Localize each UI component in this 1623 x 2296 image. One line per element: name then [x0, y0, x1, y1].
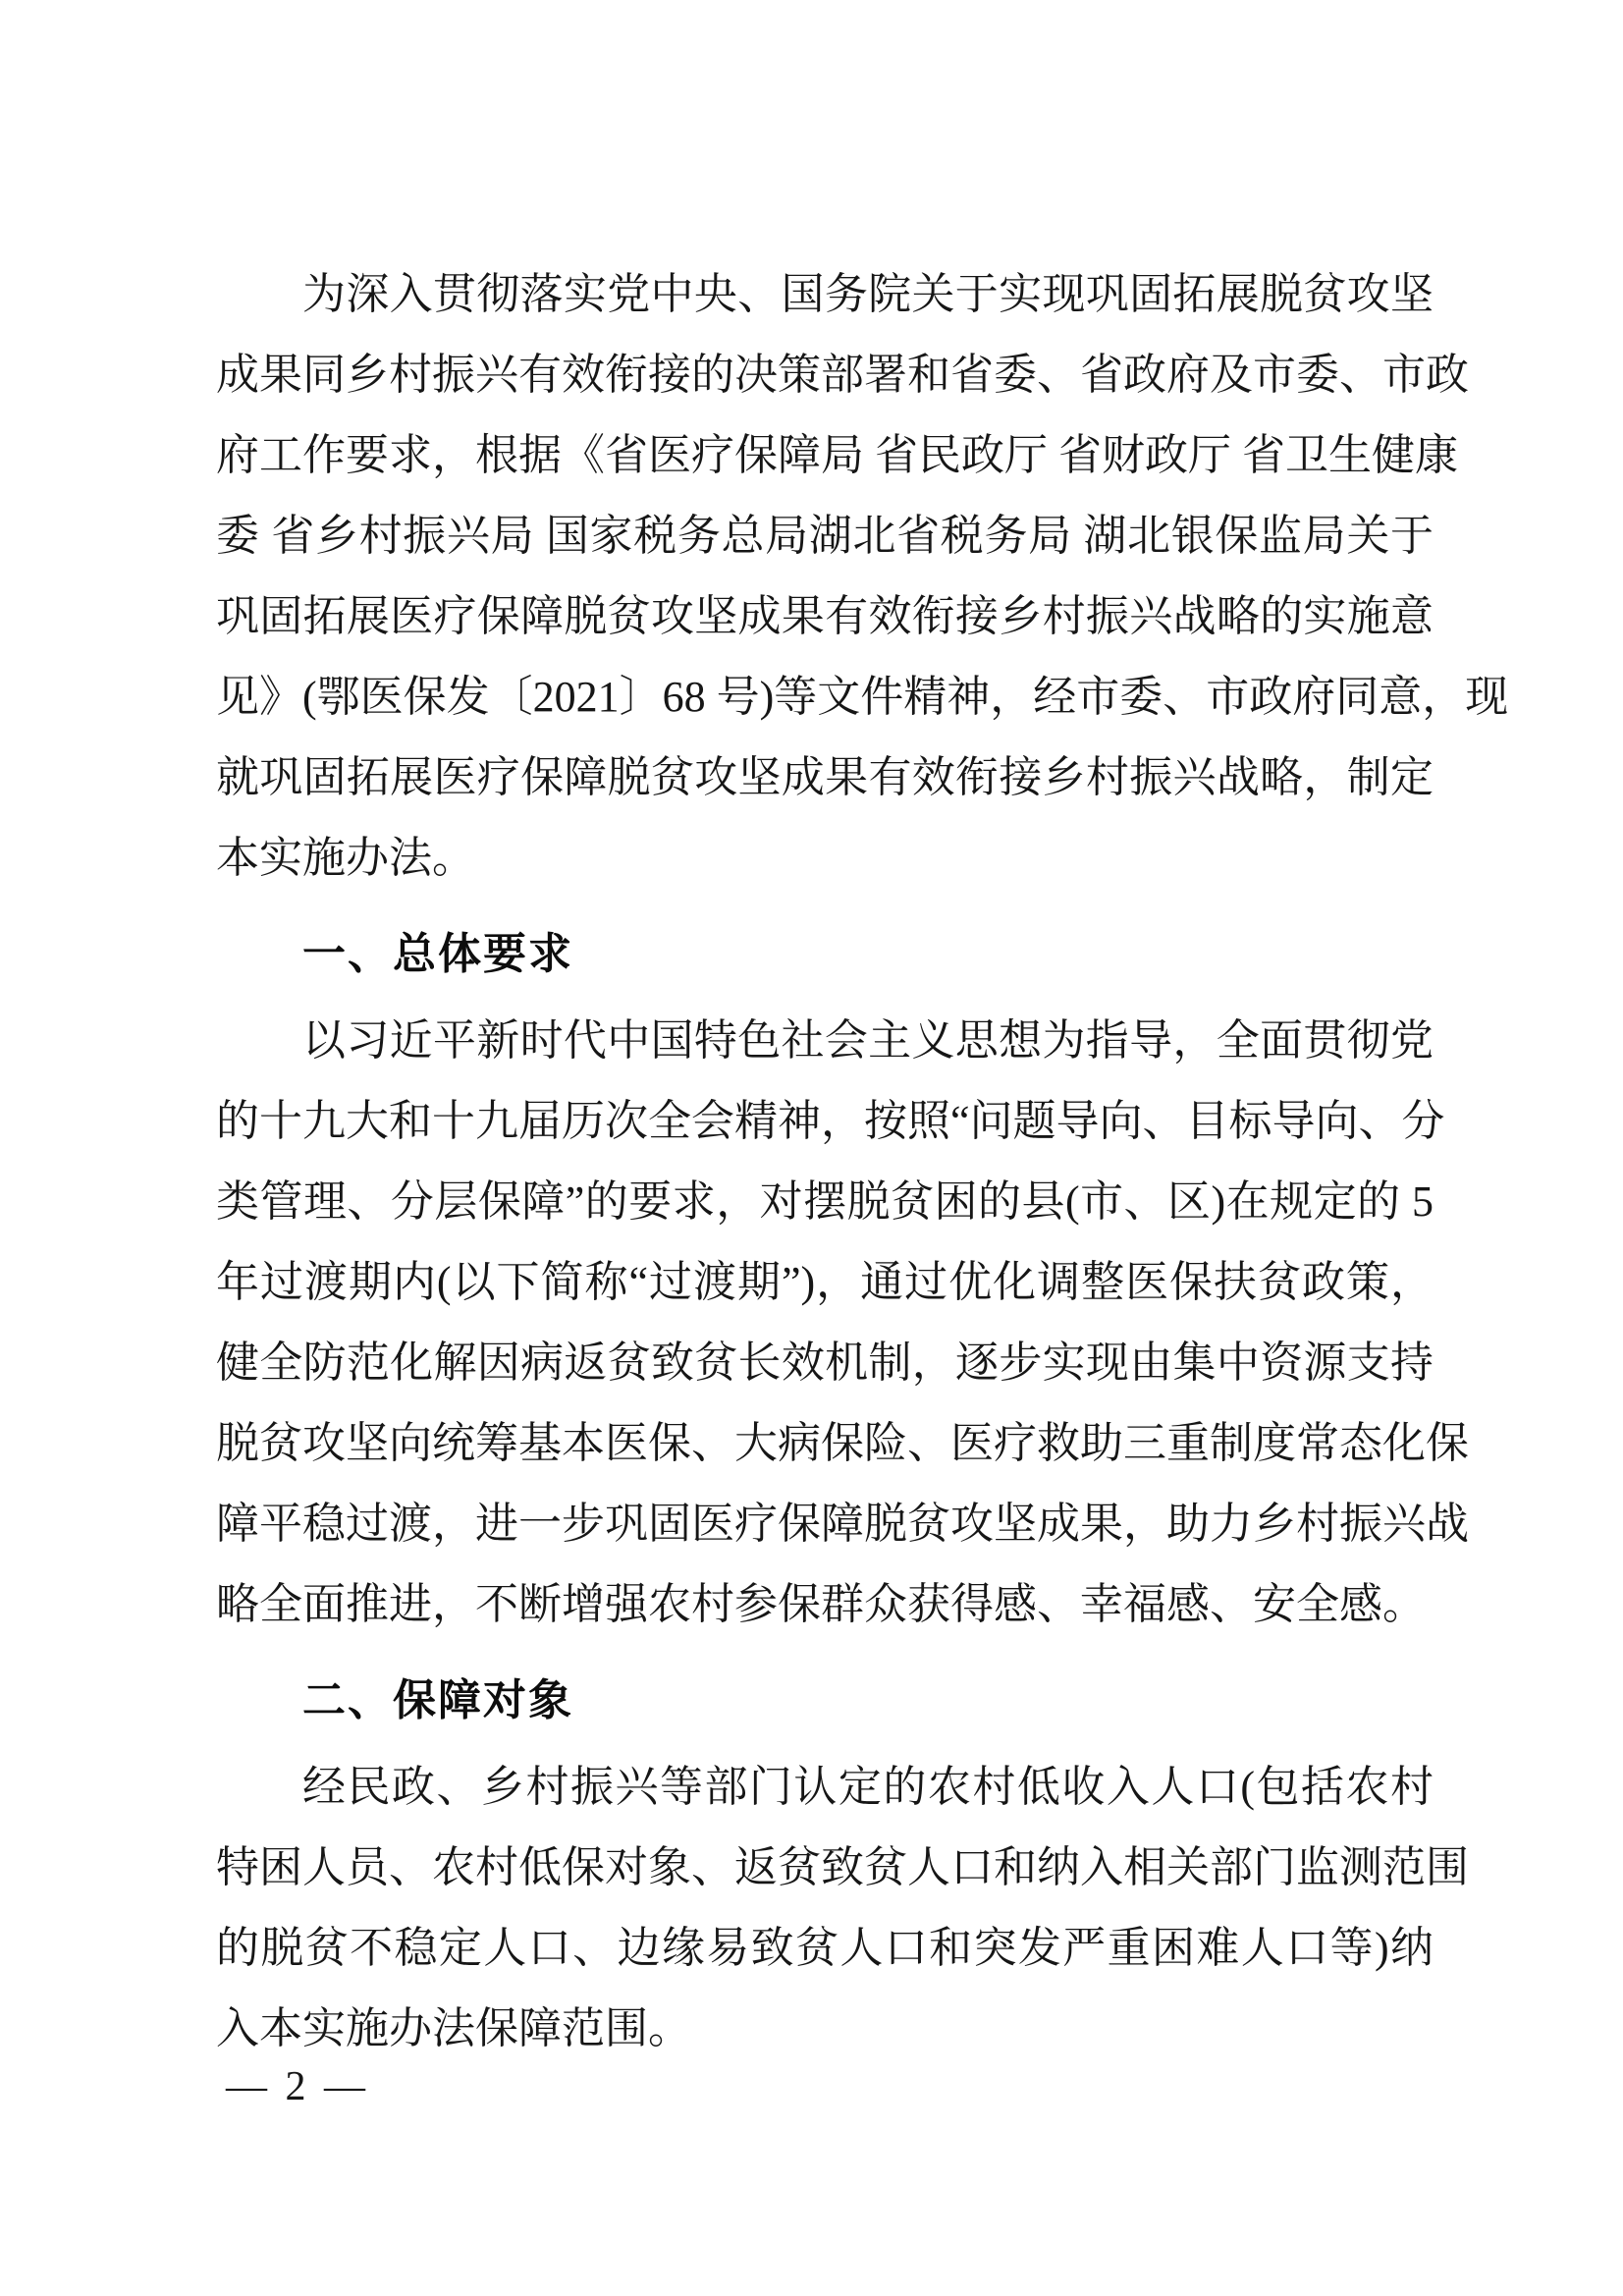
body-line: 健全防范化解因病返贫致贫长效机制，逐步实现由集中资源支持: [216, 1323, 1434, 1403]
paragraph-1: 为深入贯彻落实党中央、国务院关于实现巩固拓展脱贫攻坚 成果同乡村振兴有效衔接的决…: [216, 254, 1434, 899]
body-line: 就巩固拓展医疗保障脱贫攻坚成果有效衔接乡村振兴战略，制定: [216, 738, 1434, 818]
section-heading-1: 一、总体要求: [216, 914, 1434, 995]
body-line: 略全面推进，不断增强农村参保群众获得感、幸福感、安全感。: [216, 1564, 1434, 1645]
body-line: 成果同乡村振兴有效衔接的决策部署和省委、省政府及市委、市政: [216, 335, 1434, 415]
body-line: 脱贫攻坚向统筹基本医保、大病保险、医疗救助三重制度常态化保: [216, 1403, 1434, 1484]
body-line: 经民政、乡村振兴等部门认定的农村低收入人口(包括农村: [216, 1747, 1434, 1828]
body-line: 年过渡期内(以下简称“过渡期”)，通过优化调整医保扶贫政策，: [216, 1242, 1434, 1323]
body-line: 为深入贯彻落实党中央、国务院关于实现巩固拓展脱贫攻坚: [216, 254, 1434, 335]
body-line: 以习近平新时代中国特色社会主义思想为指导，全面贯彻党: [216, 1001, 1434, 1081]
body-line: 巩固拓展医疗保障脱贫攻坚成果有效衔接乡村振兴战略的实施意: [216, 576, 1434, 657]
body-line: 的脱贫不稳定人口、边缘易致贫人口和突发严重困难人口等)纳: [216, 1908, 1434, 1989]
body-line: 府工作要求，根据《省医疗保障局 省民政厅 省财政厅 省卫生健康: [216, 415, 1434, 496]
body-line: 障平稳过渡，进一步巩固医疗保障脱贫攻坚成果，助力乡村振兴战: [216, 1484, 1434, 1564]
document-page: 为深入贯彻落实党中央、国务院关于实现巩固拓展脱贫攻坚 成果同乡村振兴有效衔接的决…: [0, 0, 1623, 2296]
body-line: 本实施办法。: [216, 818, 1434, 899]
document-body: 为深入贯彻落实党中央、国务院关于实现巩固拓展脱贫攻坚 成果同乡村振兴有效衔接的决…: [216, 254, 1434, 2069]
paragraph-2: 以习近平新时代中国特色社会主义思想为指导，全面贯彻党 的十九大和十九届历次全会精…: [216, 1001, 1434, 1645]
body-line: 入本实施办法保障范围。: [216, 1989, 1434, 2069]
body-line: 委 省乡村振兴局 国家税务总局湖北省税务局 湖北银保监局关于: [216, 496, 1434, 576]
section-heading-2: 二、保障对象: [216, 1661, 1434, 1741]
body-line: 见》(鄂医保发〔2021〕68 号)等文件精神，经市委、市政府同意，现: [216, 657, 1434, 738]
page-number: — 2 —: [226, 2057, 369, 2116]
body-line: 的十九大和十九届历次全会精神，按照“问题导向、目标导向、分: [216, 1081, 1434, 1162]
body-line: 特困人员、农村低保对象、返贫致贫人口和纳入相关部门监测范围: [216, 1828, 1434, 1908]
body-line: 类管理、分层保障”的要求，对摆脱贫困的县(市、区)在规定的 5: [216, 1162, 1434, 1242]
paragraph-3: 经民政、乡村振兴等部门认定的农村低收入人口(包括农村 特困人员、农村低保对象、返…: [216, 1747, 1434, 2069]
